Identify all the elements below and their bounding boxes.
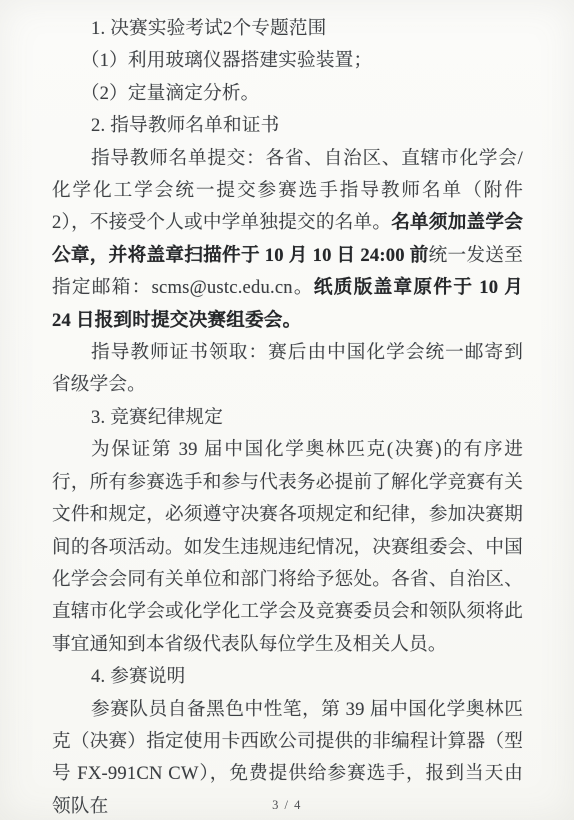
paragraph-discipline: 为保证第 39 届中国化学奥林匹克(决赛)的有序进行，所有参赛选手和参与代表务必… — [52, 434, 523, 661]
section-heading-3: 3. 竞赛纪律规定 — [52, 402, 523, 434]
text-run: 为保证第 39 届中国化学奥林匹克(决赛)的有序进行，所有参赛选手和参与代表务必… — [52, 439, 523, 654]
text-run: 2. 指导教师名单和证书 — [91, 115, 279, 136]
text-run: 4. 参赛说明 — [91, 666, 185, 687]
text-run: 1. 决赛实验考试2个专题范围 — [91, 18, 326, 39]
text-run: 指导教师证书领取：赛后由中国化学会统一邮寄到省级学会。 — [52, 342, 523, 395]
document-body: 1. 决赛实验考试2个专题范围（1）利用玻璃仪器搭建实验装置；（2）定量滴定分析… — [52, 13, 523, 820]
section-heading-2: 2. 指导教师名单和证书 — [52, 110, 523, 142]
text-run: （1）利用玻璃仪器搭建实验装置； — [81, 50, 372, 71]
text-run: 3. 竞赛纪律规定 — [91, 407, 223, 428]
list-item-2: （2）定量滴定分析。 — [52, 78, 523, 110]
section-heading-4: 4. 参赛说明 — [52, 661, 523, 693]
paragraph-teacher-certificate: 指导教师证书领取：赛后由中国化学会统一邮寄到省级学会。 — [52, 337, 523, 402]
paragraph-teacher-list: 指导教师名单提交：各省、自治区、直辖市化学会/化学化工学会统一提交参赛选手指导教… — [52, 143, 523, 337]
page-number: 3 / 4 — [272, 798, 302, 812]
scanned-document-page: 1. 决赛实验考试2个专题范围（1）利用玻璃仪器搭建实验装置；（2）定量滴定分析… — [0, 0, 574, 820]
page-footer: 3 / 4 — [0, 798, 574, 813]
list-item-1: （1）利用玻璃仪器搭建实验装置； — [52, 45, 523, 77]
section-heading-1: 1. 决赛实验考试2个专题范围 — [52, 13, 523, 45]
text-run: （2）定量滴定分析。 — [81, 83, 260, 104]
